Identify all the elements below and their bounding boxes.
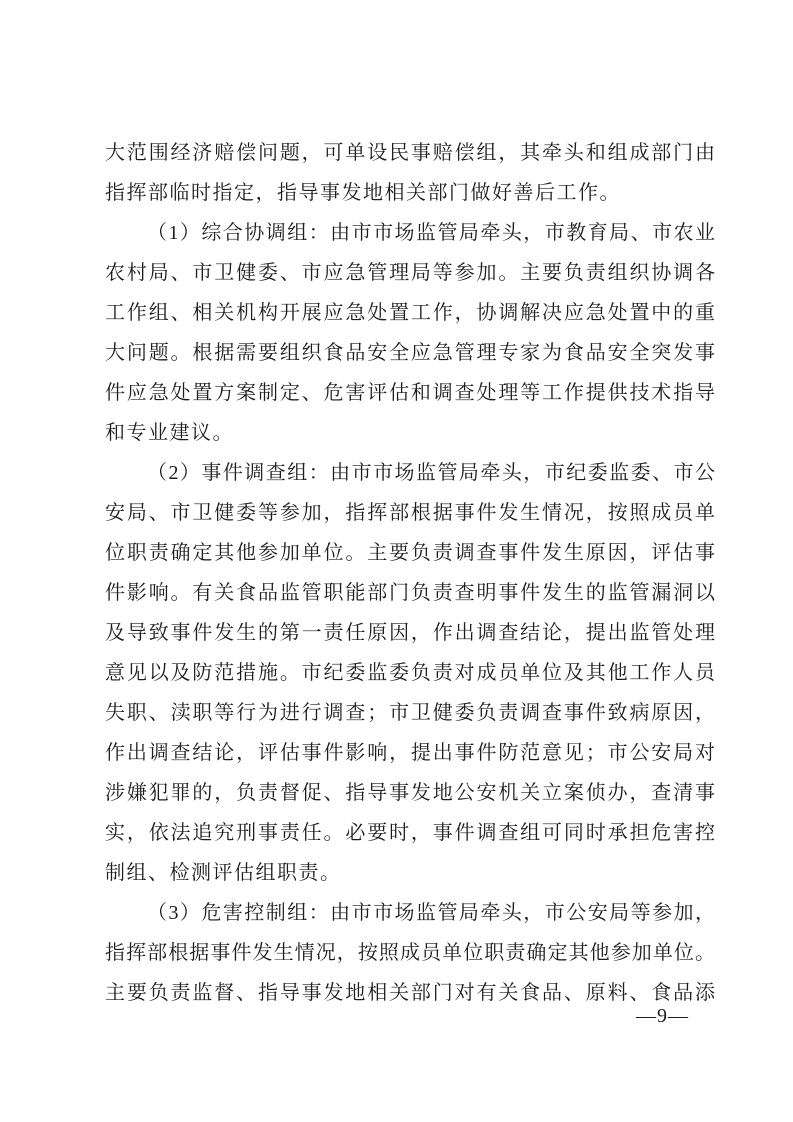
text-line: 和专业建议。 xyxy=(105,413,715,453)
text-line: （2）事件调查组：由市市场监管局牵头，市纪委监委、市公 xyxy=(105,453,715,493)
text-line: 大范围经济赔偿问题，可单设民事赔偿组，其牵头和组成部门由 xyxy=(105,133,715,173)
text-line: 实，依法追究刑事责任。必要时，事件调查组可同时承担危害控 xyxy=(105,813,715,853)
text-line: （3）危害控制组：由市市场监管局牵头，市公安局等参加， xyxy=(105,893,715,933)
text-line: 农村局、市卫健委、市应急管理局等参加。主要负责组织协调各 xyxy=(105,253,715,293)
body-text: 大范围经济赔偿问题，可单设民事赔偿组，其牵头和组成部门由 指挥部临时指定，指导事… xyxy=(105,133,715,1013)
text-line: 件应急处置方案制定、危害评估和调查处理等工作提供技术指导 xyxy=(105,373,715,413)
text-line: 意见以及防范措施。市纪委监委负责对成员单位及其他工作人员 xyxy=(105,653,715,693)
text-line: 大问题。根据需要组织食品安全应急管理专家为食品安全突发事 xyxy=(105,333,715,373)
text-line: 件影响。有关食品监管职能部门负责查明事件发生的监管漏洞以 xyxy=(105,573,715,613)
document-page: 大范围经济赔偿问题，可单设民事赔偿组，其牵头和组成部门由 指挥部临时指定，指导事… xyxy=(0,0,793,1122)
text-line: 涉嫌犯罪的，负责督促、指导事发地公安机关立案侦办，查清事 xyxy=(105,773,715,813)
text-line: 工作组、相关机构开展应急处置工作，协调解决应急处置中的重 xyxy=(105,293,715,333)
text-line: 指挥部临时指定，指导事发地相关部门做好善后工作。 xyxy=(105,173,715,213)
text-line: 及导致事件发生的第一责任原因，作出调查结论，提出监管处理 xyxy=(105,613,715,653)
page-number: —9— xyxy=(636,1003,689,1029)
text-line: 指挥部根据事件发生情况，按照成员单位职责确定其他参加单位。 xyxy=(105,933,715,973)
text-line: 失职、渎职等行为进行调查；市卫健委负责调查事件致病原因， xyxy=(105,693,715,733)
text-line: 制组、检测评估组职责。 xyxy=(105,853,715,893)
text-line: 位职责确定其他参加单位。主要负责调查事件发生原因，评估事 xyxy=(105,533,715,573)
text-line: 安局、市卫健委等参加，指挥部根据事件发生情况，按照成员单 xyxy=(105,493,715,533)
text-line: 作出调查结论，评估事件影响，提出事件防范意见；市公安局对 xyxy=(105,733,715,773)
text-line: （1）综合协调组：由市市场监管局牵头，市教育局、市农业 xyxy=(105,213,715,253)
text-line: 主要负责监督、指导事发地相关部门对有关食品、原料、食品添 xyxy=(105,973,715,1013)
